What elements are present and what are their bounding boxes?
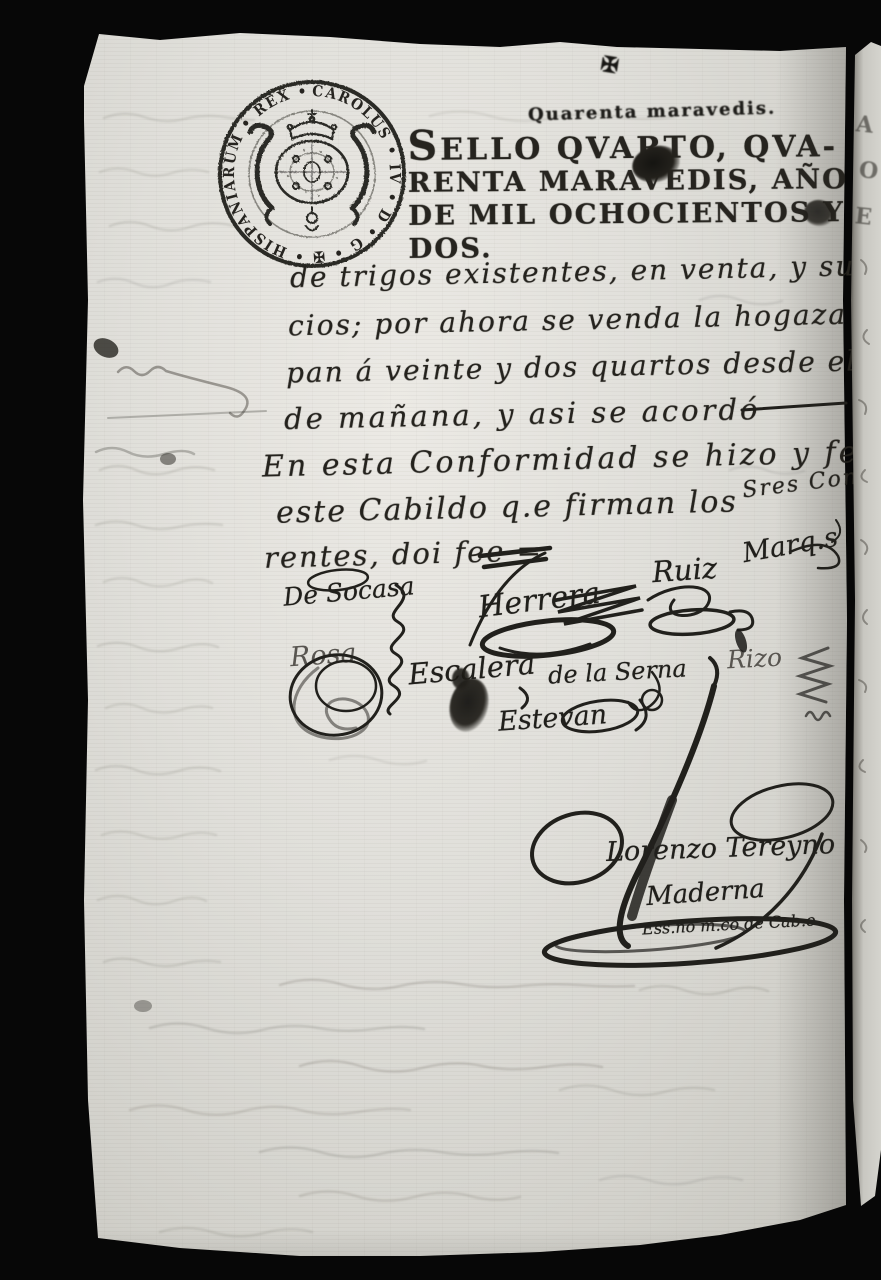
- bottom-swoosh: [554, 919, 745, 956]
- estevan-loop: [642, 690, 662, 710]
- archival-photo: CAROLUS • IV • D • G • ✠ • HISPANIARUM •…: [0, 0, 881, 1280]
- rizo-zigzag: [806, 712, 830, 720]
- acordo-dash: [742, 403, 846, 410]
- rizo-blob: [733, 628, 750, 654]
- escalera-tail: [520, 688, 528, 708]
- lorenzo-tail: [716, 834, 822, 948]
- marques-flourish: [832, 520, 840, 542]
- estevan-loop: [560, 696, 639, 736]
- socasa-oval: [307, 567, 369, 593]
- grand-swoosh-oval: [523, 801, 632, 894]
- rizo-zigzag: [800, 648, 830, 702]
- socasa-coil: [388, 585, 404, 714]
- next-page-ghost-marks: [849, 0, 881, 1280]
- marques-flourish: [790, 545, 839, 568]
- grand-swoosh-thick: [632, 800, 672, 916]
- rosa-rubric: [294, 668, 368, 739]
- fee-strokes: [480, 548, 550, 567]
- socasa-ring: [316, 661, 376, 711]
- ink-blot: [452, 668, 470, 690]
- grand-swoosh: [710, 658, 717, 686]
- ruiz-rubric: [649, 607, 734, 637]
- herrera-ascender: [470, 553, 545, 645]
- bottom-swoosh: [543, 911, 837, 973]
- signature-flourishes: [0, 0, 881, 1280]
